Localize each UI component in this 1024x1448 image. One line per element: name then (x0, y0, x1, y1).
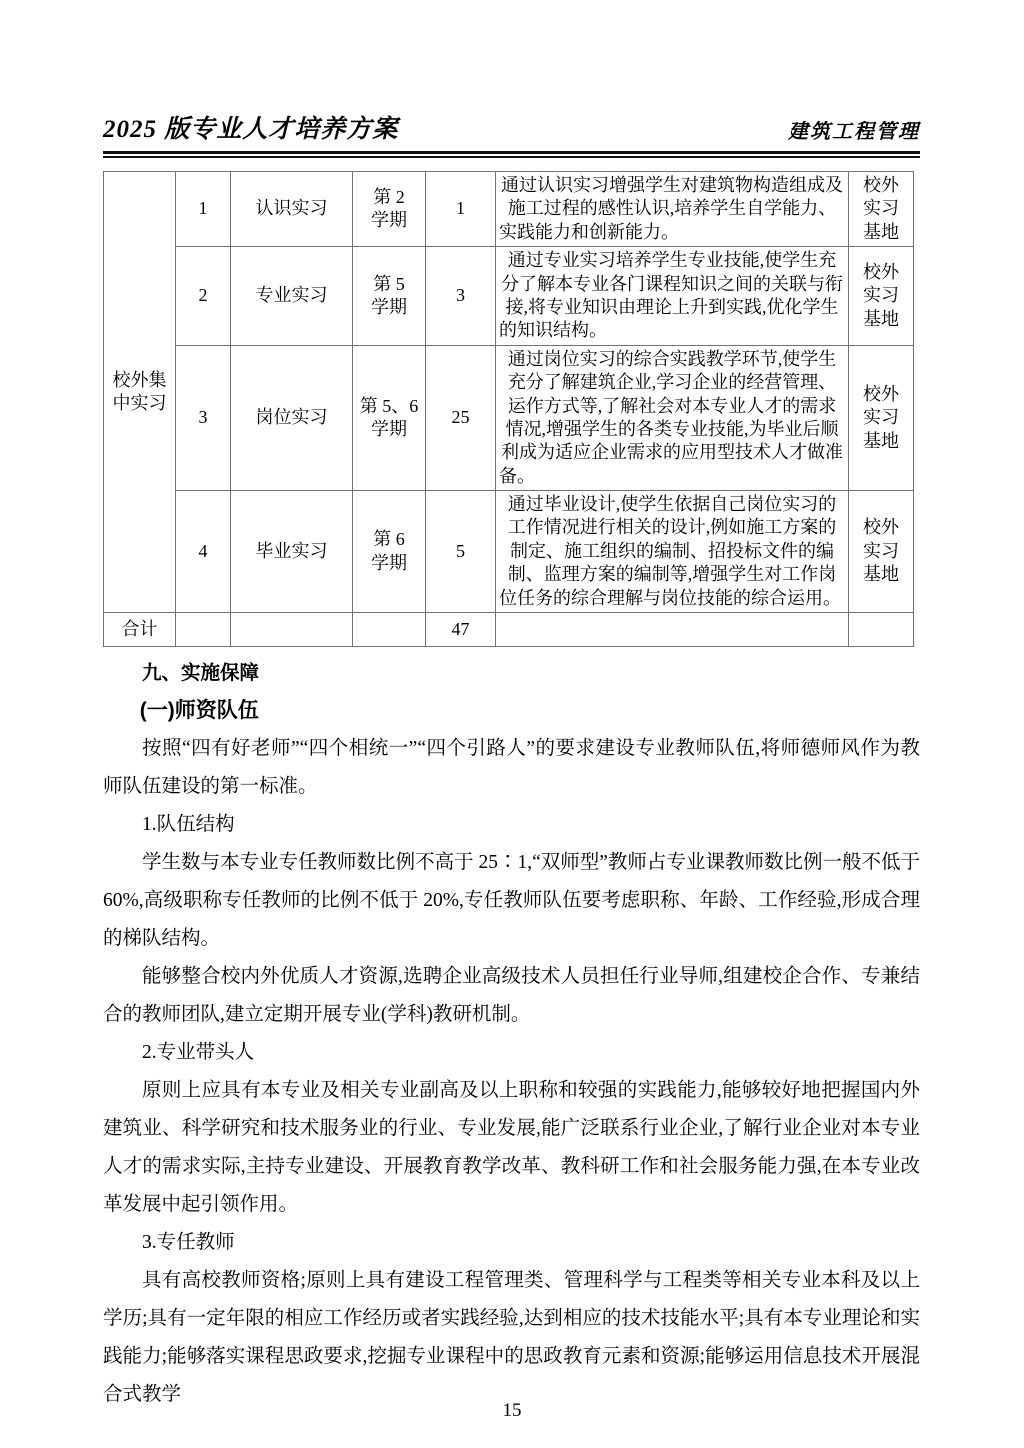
empty-cell (231, 613, 353, 647)
table-row: 2 专业实习 第 5 学期 3 通过专业实习培养学生专业技能,使学生充分了解本专… (104, 247, 914, 346)
page-header: 2025 版专业人才培养方案 建筑工程管理 (103, 117, 920, 142)
cell-semester: 第 2 学期 (353, 172, 426, 247)
subheading-team-structure: 1.队伍结构 (103, 806, 920, 844)
header-rule (103, 151, 920, 158)
header-right-title: 建筑工程管理 (788, 122, 920, 142)
cell-name: 认识实习 (231, 172, 353, 247)
header-left-title: 2025 版专业人才培养方案 (103, 117, 398, 142)
table-row: 4 毕业实习 第 6 学期 5 通过毕业设计,使学生依据自己岗位实习的工作情况进… (104, 491, 914, 613)
empty-cell (353, 613, 426, 647)
cell-name: 岗位实习 (231, 345, 353, 490)
cell-seq: 3 (176, 345, 231, 490)
section-heading-9: 九、实施保障 (103, 654, 920, 692)
cell-base: 校外 实习 基地 (849, 247, 914, 346)
cell-description: 通过专业实习培养学生专业技能,使学生充分了解本专业各门课程知识之间的关联与衔接,… (496, 247, 849, 346)
total-label-cell: 合计 (104, 613, 176, 647)
cell-semester: 第 6 学期 (353, 491, 426, 613)
table-row: 3 岗位实习 第 5、6 学期 25 通过岗位实习的综合实践教学环节,使学生充分… (104, 345, 914, 490)
cell-description: 通过毕业设计,使学生依据自己岗位实习的工作情况进行相关的设计,例如施工方案的制定… (496, 491, 849, 613)
empty-cell (496, 613, 849, 647)
document-page: 2025 版专业人才培养方案 建筑工程管理 校外集中实习 1 认识实习 第 2 … (0, 0, 1024, 1448)
cell-credits: 5 (426, 491, 496, 613)
cell-semester: 第 5 学期 (353, 247, 426, 346)
page-footer: 15 (0, 1400, 1024, 1422)
internship-table: 校外集中实习 1 认识实习 第 2 学期 1 通过认识实习增强学生对建筑物构造组… (103, 171, 914, 647)
cell-base: 校外 实习 基地 (849, 172, 914, 247)
cell-name: 专业实习 (231, 247, 353, 346)
cell-seq: 1 (176, 172, 231, 247)
group-cell: 校外集中实习 (104, 172, 176, 613)
table-total-row: 合计 47 (104, 613, 914, 647)
cell-base: 校外 实习 基地 (849, 491, 914, 613)
empty-cell (849, 613, 914, 647)
table-row: 校外集中实习 1 认识实习 第 2 学期 1 通过认识实习增强学生对建筑物构造组… (104, 172, 914, 247)
cell-name: 毕业实习 (231, 491, 353, 613)
subsection-heading-faculty: (一)师资队伍 (103, 692, 920, 730)
cell-description: 通过岗位实习的综合实践教学环节,使学生充分了解建筑企业,学习企业的经营管理、运作… (496, 345, 849, 490)
cell-credits: 3 (426, 247, 496, 346)
body-text: 九、实施保障 (一)师资队伍 按照“四有好老师”“四个相统一”“四个引路人”的要… (103, 654, 920, 1414)
cell-credits: 1 (426, 172, 496, 247)
cell-base: 校外 实习 基地 (849, 345, 914, 490)
cell-seq: 2 (176, 247, 231, 346)
paragraph: 具有高校教师资格;原则上具有建设工程管理类、管理科学与工程类等相关专业本科及以上… (103, 1262, 920, 1414)
page-number: 15 (503, 1400, 522, 1421)
cell-credits: 25 (426, 345, 496, 490)
paragraph: 原则上应具有本专业及相关专业副高及以上职称和较强的实践能力,能够较好地把握国内外… (103, 1072, 920, 1224)
subheading-program-leader: 2.专业带头人 (103, 1034, 920, 1072)
cell-seq: 4 (176, 491, 231, 613)
subheading-fulltime-teachers: 3.专任教师 (103, 1224, 920, 1262)
paragraph: 学生数与本专业专任教师数比例不高于 25∶1,“双师型”教师占专业课教师数比例一… (103, 844, 920, 958)
empty-cell (176, 613, 231, 647)
total-credits-cell: 47 (426, 613, 496, 647)
paragraph: 按照“四有好老师”“四个相统一”“四个引路人”的要求建设专业教师队伍,将师德师风… (103, 730, 920, 806)
paragraph: 能够整合校内外优质人才资源,选聘企业高级技术人员担任行业导师,组建校企合作、专兼… (103, 958, 920, 1034)
cell-description: 通过认识实习增强学生对建筑物构造组成及施工过程的感性认识,培养学生自学能力、实践… (496, 172, 849, 247)
cell-semester: 第 5、6 学期 (353, 345, 426, 490)
